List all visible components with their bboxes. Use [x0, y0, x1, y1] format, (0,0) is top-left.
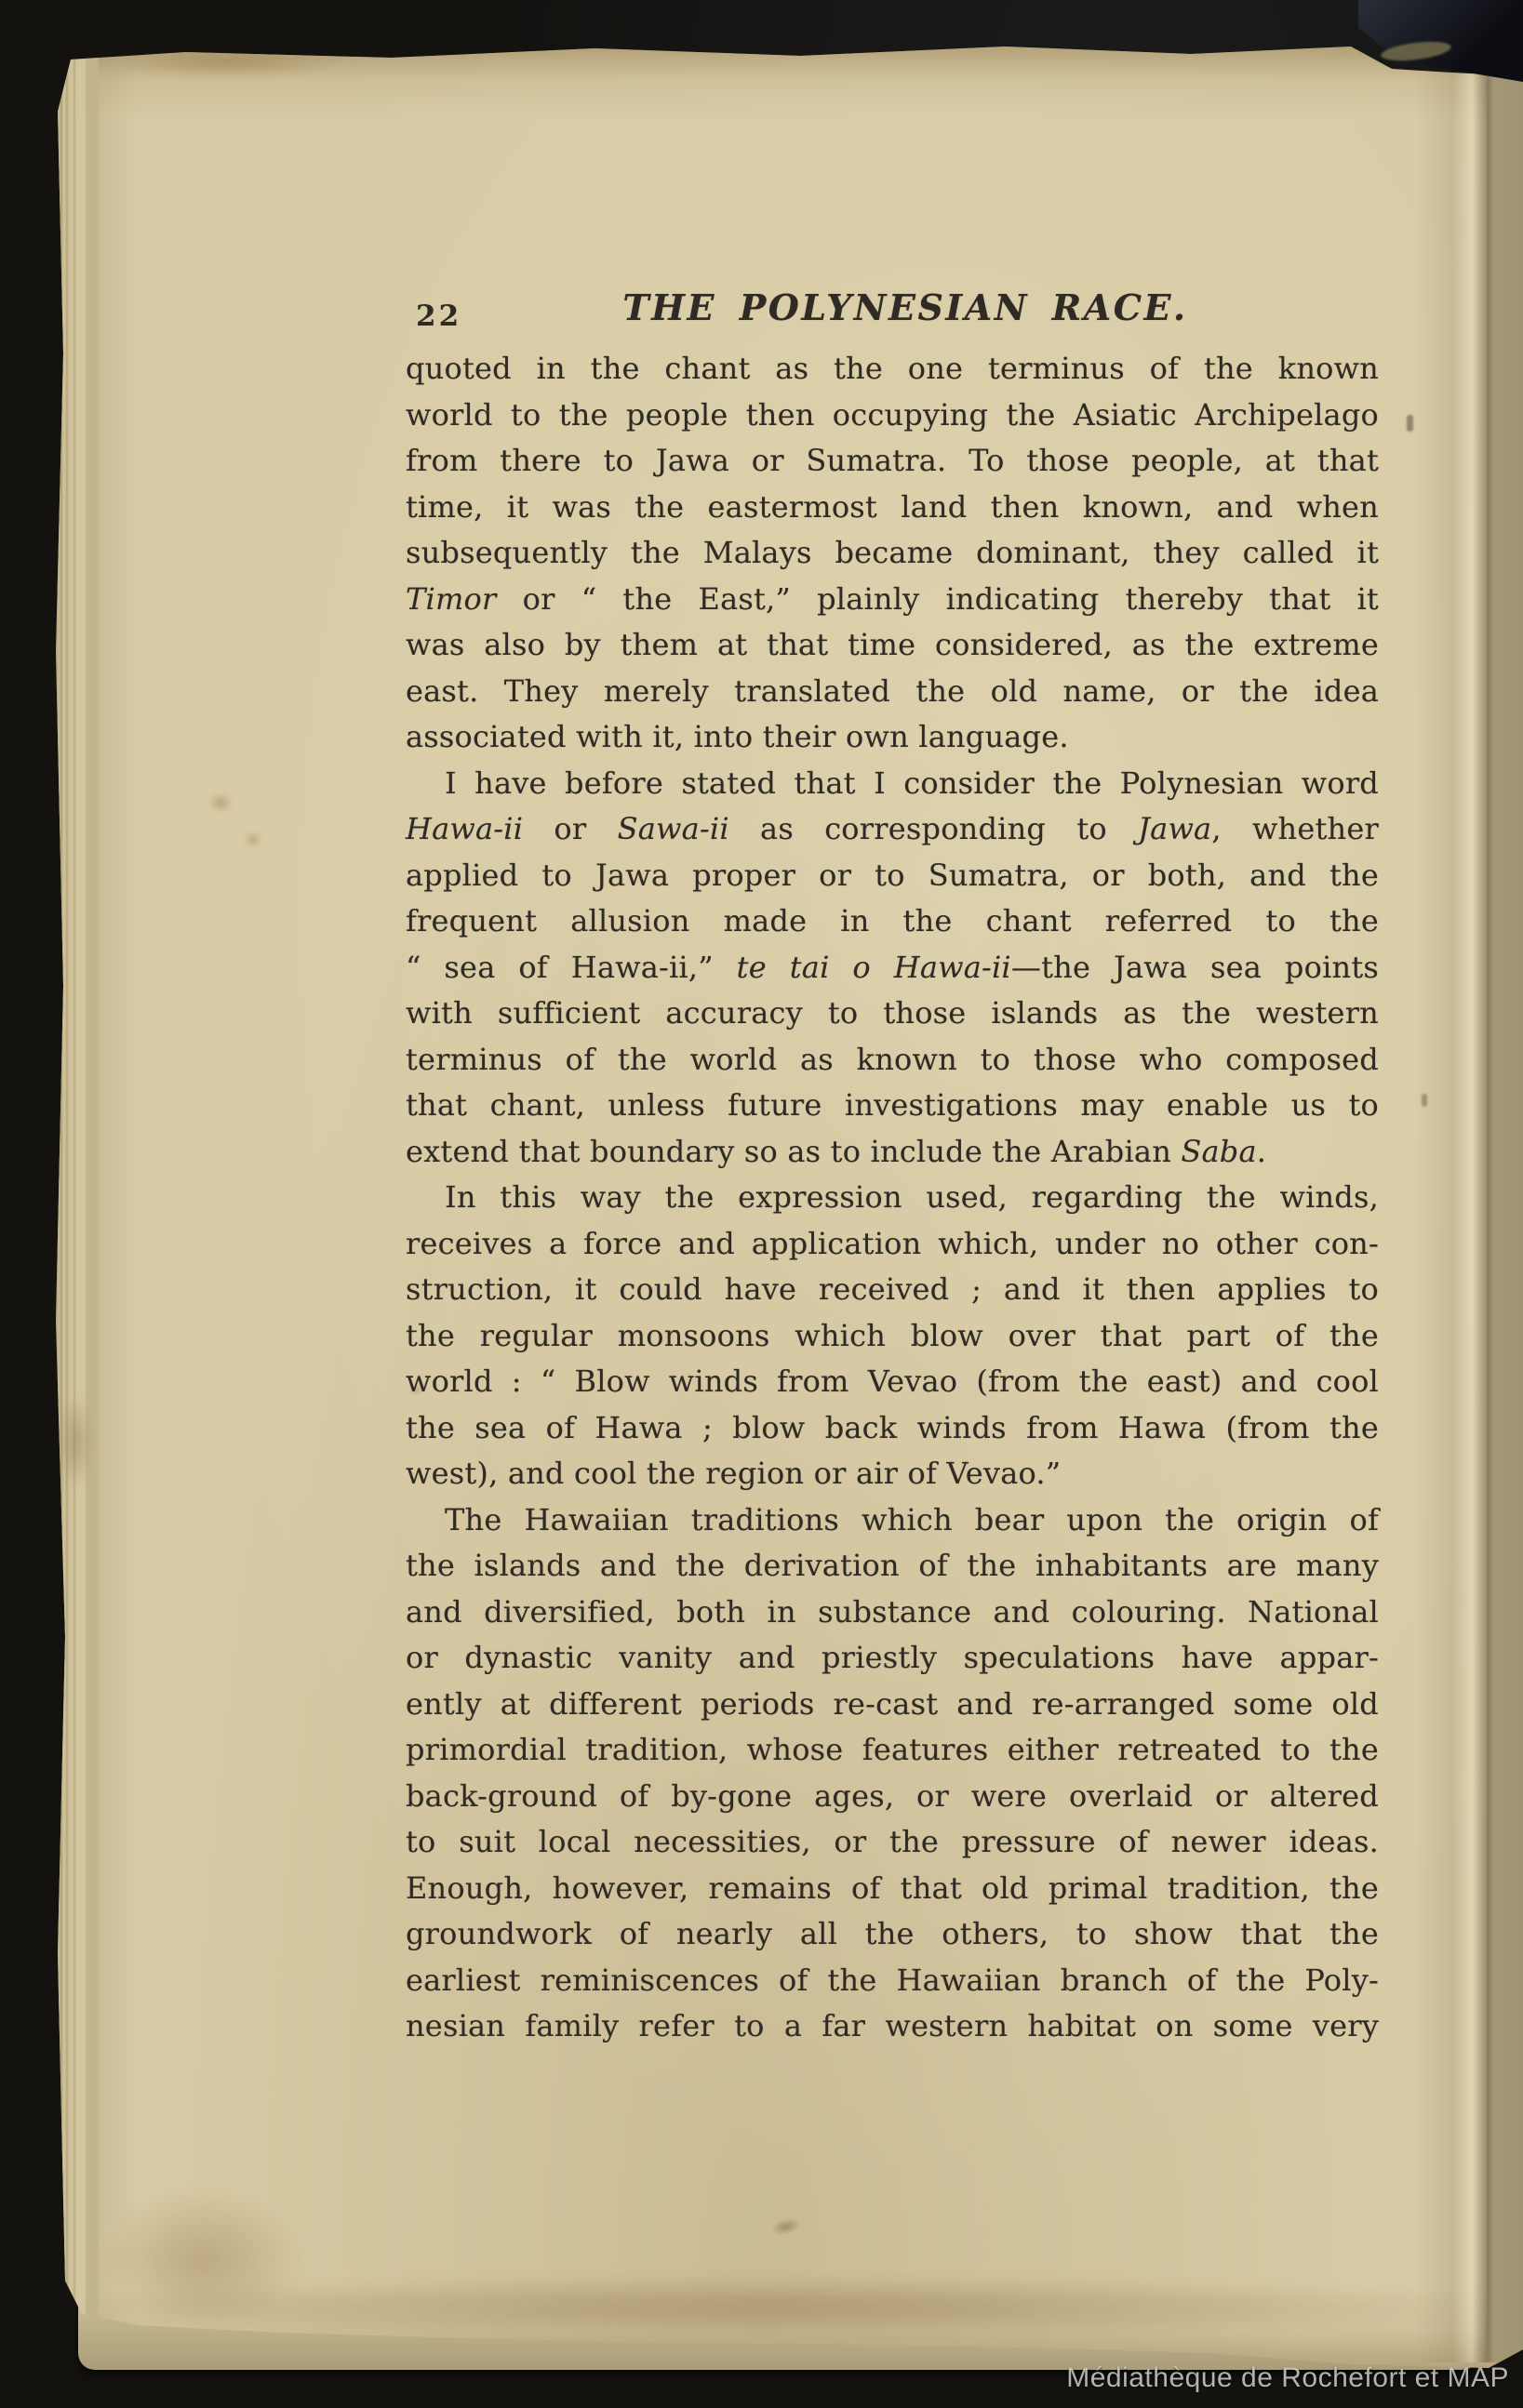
text-line: world : “ Blow winds from Vevao (from th… — [406, 1359, 1379, 1405]
text-run: primordial tradition, whose features eit… — [406, 1732, 1379, 1767]
text-line: with sufficient accuracy to those island… — [406, 991, 1379, 1037]
text-line: to suit local necessities, or the pressu… — [406, 1819, 1379, 1866]
italic-text-run: te tai o Hawa-ii — [737, 950, 1011, 985]
text-line: nesian family refer to a far western hab… — [406, 2003, 1379, 2050]
text-line: and diversified, both in substance and c… — [406, 1590, 1379, 1636]
text-line: was also by them at that time considered… — [406, 622, 1379, 669]
text-run: extend that boundary so as to include th… — [406, 1134, 1181, 1169]
text-line: from there to Jawa or Sumatra. To those … — [406, 438, 1379, 485]
stain — [771, 2216, 802, 2238]
text-line: primordial tradition, whose features eit… — [406, 1727, 1379, 1774]
text-run: time, it was the eastermost land then kn… — [406, 489, 1379, 525]
stain — [102, 2277, 1461, 2335]
text-run: to suit local necessities, or the pressu… — [406, 1824, 1379, 1859]
text-run: world to the people then occupying the A… — [406, 397, 1379, 432]
scan-background: 22 THE POLYNESIAN RACE. quoted in the ch… — [0, 0, 1523, 2408]
text-line: The Hawaiian traditions which bear upon … — [406, 1497, 1379, 1544]
text-run: west), and cool the region or air of Vev… — [406, 1456, 1061, 1491]
text-line: extend that boundary so as to include th… — [406, 1129, 1379, 1176]
text-run: and diversified, both in substance and c… — [406, 1594, 1379, 1630]
text-line: I have before stated that I consider the… — [406, 761, 1379, 807]
stain — [244, 831, 262, 848]
running-title: THE POLYNESIAN RACE. — [419, 286, 1392, 328]
text-run: applied to Jawa proper or to Sumatra, or… — [406, 858, 1379, 893]
text-run: In this way the expression used, regardi… — [445, 1179, 1379, 1215]
body-text: quoted in the chant as the one terminus … — [406, 346, 1379, 2050]
text-line: east. They merely translated the old nam… — [406, 669, 1379, 715]
text-line: quoted in the chant as the one terminus … — [406, 346, 1379, 392]
text-line: associated with it, into their own langu… — [406, 714, 1379, 761]
watermark: Médiathèque de Rochefort et MAP — [393, 2362, 1509, 2394]
italic-text-run: Hawa-ii — [406, 811, 523, 846]
italic-text-run: Timor — [406, 581, 496, 617]
text-run: from there to Jawa or Sumatra. To those … — [406, 443, 1379, 478]
text-line: receives a force and application which, … — [406, 1221, 1379, 1268]
italic-text-run: Saba — [1181, 1134, 1256, 1169]
book-page: 22 THE POLYNESIAN RACE. quoted in the ch… — [0, 0, 1523, 2408]
text-run: struction, it could have received ; and … — [406, 1271, 1379, 1307]
text-line: frequent allusion made in the chant refe… — [406, 898, 1379, 945]
text-run: with sufficient accuracy to those island… — [406, 995, 1379, 1031]
text-line: earliest reminiscences of the Hawaiian b… — [406, 1958, 1379, 2004]
text-run: the sea of Hawa ; blow back winds from H… — [406, 1410, 1379, 1445]
text-run: earliest reminiscences of the Hawaiian b… — [406, 1962, 1379, 1998]
text-run: I have before stated that I consider the… — [445, 765, 1379, 801]
italic-text-run: Sawa-ii — [618, 811, 729, 846]
stain — [1407, 415, 1413, 432]
text-run: The Hawaiian traditions which bear upon … — [445, 1502, 1379, 1537]
text-line: ently at different periods re-cast and r… — [406, 1682, 1379, 1728]
text-run: world : “ Blow winds from Vevao (from th… — [406, 1364, 1379, 1399]
text-run: the islands and the derivation of the in… — [406, 1548, 1379, 1583]
text-run: quoted in the chant as the one terminus … — [406, 351, 1379, 386]
text-line: the islands and the derivation of the in… — [406, 1543, 1379, 1590]
text-line: groundwork of nearly all the others, to … — [406, 1911, 1379, 1958]
text-line: Hawa-ii or Sawa-ii as corresponding to J… — [406, 806, 1379, 853]
text-run: or — [523, 811, 617, 846]
text-run: frequent allusion made in the chant refe… — [406, 903, 1379, 938]
text-run: back-ground of by-gone ages, or were ove… — [406, 1778, 1379, 1814]
text-run: ently at different periods re-cast and r… — [406, 1686, 1379, 1722]
text-line: or dynastic vanity and priestly speculat… — [406, 1635, 1379, 1682]
stain — [121, 48, 335, 76]
text-run: associated with it, into their own langu… — [406, 719, 1069, 754]
page-fold-shadow — [1414, 65, 1523, 2362]
text-line: applied to Jawa proper or to Sumatra, or… — [406, 853, 1379, 899]
text-run: “ sea of Hawa-ii,” — [406, 950, 737, 985]
text-line: west), and cool the region or air of Vev… — [406, 1451, 1379, 1497]
text-run: as corresponding to — [729, 811, 1138, 846]
text-line: that chant, unless future investigations… — [406, 1083, 1379, 1129]
text-line: world to the people then occupying the A… — [406, 392, 1379, 439]
text-line: terminus of the world as known to those … — [406, 1037, 1379, 1084]
text-run: , whether — [1211, 811, 1379, 846]
text-line: back-ground of by-gone ages, or were ove… — [406, 1774, 1379, 1820]
text-run: groundwork of nearly all the others, to … — [406, 1916, 1379, 1951]
stain — [100, 2188, 305, 2333]
text-run: terminus of the world as known to those … — [406, 1042, 1379, 1077]
italic-text-run: Jawa — [1138, 811, 1211, 846]
text-run: or dynastic vanity and priestly speculat… — [406, 1640, 1379, 1675]
stain — [208, 792, 233, 813]
text-line: In this way the expression used, regardi… — [406, 1175, 1379, 1221]
page-edge-stack — [58, 54, 99, 2323]
text-run: nesian family refer to a far western hab… — [406, 2008, 1379, 2043]
text-run: was also by them at that time considered… — [406, 627, 1379, 662]
text-line: Enough, however, remains of that old pri… — [406, 1866, 1379, 1912]
text-run: that chant, unless future investigations… — [406, 1087, 1379, 1123]
text-line: time, it was the eastermost land then kn… — [406, 485, 1379, 531]
text-run: . — [1257, 1134, 1266, 1169]
text-run: subsequently the Malays became dominant,… — [406, 535, 1379, 570]
text-run: receives a force and application which, … — [406, 1226, 1379, 1261]
text-run: Enough, however, remains of that old pri… — [406, 1870, 1379, 1906]
text-run: east. They merely translated the old nam… — [406, 673, 1379, 709]
text-line: Timor or “ the East,” plainly indicating… — [406, 577, 1379, 623]
text-line: the sea of Hawa ; blow back winds from H… — [406, 1405, 1379, 1452]
text-line: the regular monsoons which blow over tha… — [406, 1313, 1379, 1360]
text-run: or “ the East,” plainly indicating there… — [496, 581, 1379, 617]
text-line: struction, it could have received ; and … — [406, 1267, 1379, 1313]
text-run: the regular monsoons which blow over tha… — [406, 1318, 1379, 1353]
text-run: —the Jawa sea points — [1011, 950, 1379, 985]
text-line: subsequently the Malays became dominant,… — [406, 530, 1379, 577]
text-line: “ sea of Hawa-ii,” te tai o Hawa-ii—the … — [406, 945, 1379, 991]
